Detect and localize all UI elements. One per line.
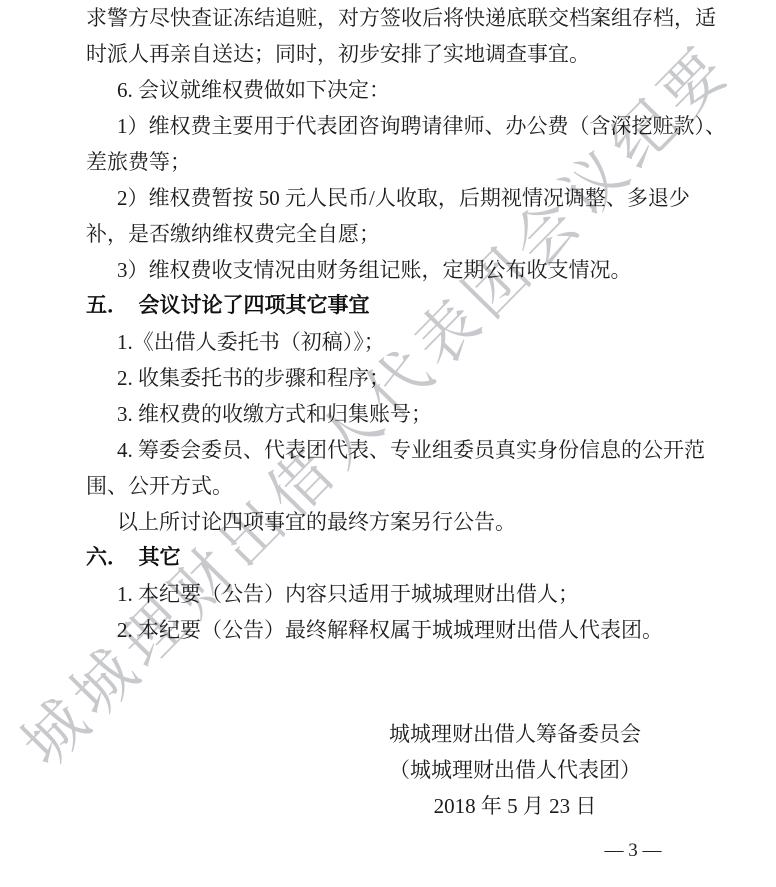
document-line: 1）维权费主要用于代表团咨询聘请律师、办公费（含深挖赃款）、 <box>86 108 708 144</box>
document-line: 差旅费等； <box>86 144 708 180</box>
document-page: 城城理财出借人代表团会议纪要 求警方尽快查证冻结追赃，对方签收后将快递底联交档案… <box>0 0 776 887</box>
document-line: 3）维权费收支情况由财务组记账，定期公布收支情况。 <box>86 252 708 288</box>
signature-date: 2018 年 5 月 23 日 <box>389 788 641 824</box>
document-line: 以上所讨论四项事宜的最终方案另行公告。 <box>86 504 708 540</box>
document-line: 1.《出借人委托书（初稿）》； <box>86 324 708 360</box>
section-heading: 五． 会议讨论了四项其它事宜 <box>86 288 708 324</box>
document-line: 3. 维权费的收缴方式和归集账号； <box>86 396 708 432</box>
document-line: 2）维权费暂按 50 元人民币/人收取，后期视情况调整、多退少 <box>86 180 708 216</box>
document-line: 2. 收集委托书的步骤和程序； <box>86 360 708 396</box>
page-number: — 3 — <box>605 840 662 862</box>
document-line: 求警方尽快查证冻结追赃，对方签收后将快递底联交档案组存档，适 <box>86 0 708 36</box>
document-line: 4. 筹委会委员、代表团代表、专业组委员真实身份信息的公开范 <box>86 432 708 468</box>
document-line: 2. 本纪要（公告）最终解释权属于城城理财出借人代表团。 <box>86 612 708 648</box>
section-heading: 六． 其它 <box>86 540 708 576</box>
document-body: 求警方尽快查证冻结追赃，对方签收后将快递底联交档案组存档，适 时派人再亲自送达；… <box>86 0 708 648</box>
document-line: 时派人再亲自送达；同时，初步安排了实地调查事宜。 <box>86 36 708 72</box>
document-line: 补，是否缴纳维权费完全自愿； <box>86 216 708 252</box>
signature-org: 城城理财出借人筹备委员会 <box>389 716 641 752</box>
document-line: 6. 会议就维权费做如下决定： <box>86 72 708 108</box>
signature-block: 城城理财出借人筹备委员会 （城城理财出借人代表团） 2018 年 5 月 23 … <box>389 716 641 824</box>
document-line: 围、公开方式。 <box>86 468 708 504</box>
document-line: 1. 本纪要（公告）内容只适用于城城理财出借人； <box>86 576 708 612</box>
signature-org-alt: （城城理财出借人代表团） <box>389 752 641 788</box>
